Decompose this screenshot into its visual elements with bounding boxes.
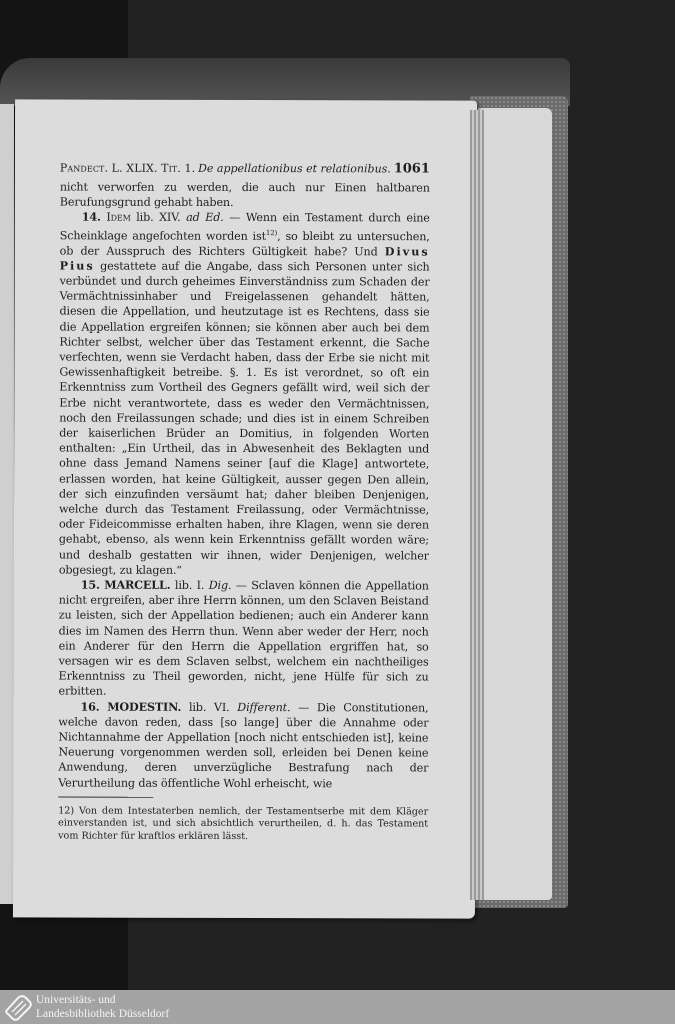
page-content: Pandect. L. XLIX. Tit. 1. De appellation…	[58, 162, 430, 845]
section-author: MARCELL.	[104, 578, 170, 592]
section-author: Idem	[106, 211, 130, 224]
footnote-mark: 12)	[266, 229, 277, 237]
running-head: Pandect. L. XLIX. Tit. 1. De appellation…	[60, 162, 430, 177]
section-14: 14. Idem lib. XIV. ad Ed. — Wenn ein Tes…	[59, 210, 430, 579]
section-15: 15. MARCELL. lib. I. Dig. — Sclaven könn…	[59, 578, 429, 701]
book-back-page	[478, 108, 552, 900]
section-text: gestattete auf die Angabe, dass sich Per…	[59, 259, 430, 576]
book-page: Pandect. L. XLIX. Tit. 1. De appellation…	[13, 99, 477, 918]
paragraph-continuation: nicht verworfen zu werden, die auch nur …	[60, 180, 430, 211]
previous-page-edge	[0, 104, 14, 904]
page-edges	[470, 110, 484, 900]
footnote-number: 12)	[58, 805, 74, 816]
running-head-left: Pandect. L. XLIX. Tit. 1.	[60, 162, 195, 176]
footnote-rule	[58, 796, 153, 797]
section-ref-title: Dig.	[209, 579, 232, 592]
section-text: — Die Constitutionen, welche davon reden…	[58, 701, 428, 790]
section-ref: lib. XIV.	[136, 211, 180, 224]
library-name[interactable]: Universitäts- und Landesbibliothek Düsse…	[36, 993, 169, 1021]
section-author: MODESTIN.	[107, 699, 181, 713]
library-name-line2: Landesbibliothek Düsseldorf	[36, 1007, 169, 1021]
section-number: 15.	[81, 578, 100, 592]
section-ref-title: Different.	[237, 701, 290, 714]
section-ref: lib. VI.	[189, 700, 230, 713]
library-footer: Universitäts- und Landesbibliothek Düsse…	[0, 990, 675, 1024]
section-number: 16.	[80, 699, 99, 713]
section-16: 16. MODESTIN. lib. VI. Different. — Die …	[58, 699, 428, 791]
section-number: 14.	[82, 210, 101, 224]
book-logo-icon[interactable]	[0, 990, 36, 1024]
running-head-title: De appellationibus et relationibus.	[198, 162, 391, 177]
footnote: 12) Von dem Intestaterben nemlich, der T…	[58, 805, 428, 844]
library-name-line1: Universitäts- und	[36, 993, 169, 1007]
section-ref: lib. I.	[175, 579, 204, 592]
section-ref-title: ad Ed.	[186, 211, 224, 224]
section-text: — Sclaven können die Appellation nicht e…	[59, 579, 429, 698]
footnote-text: Von dem Intestaterben nemlich, der Testa…	[58, 805, 428, 842]
body-text: nicht verworfen zu werden, die auch nur …	[58, 180, 430, 792]
page-number: 1061	[394, 162, 430, 176]
